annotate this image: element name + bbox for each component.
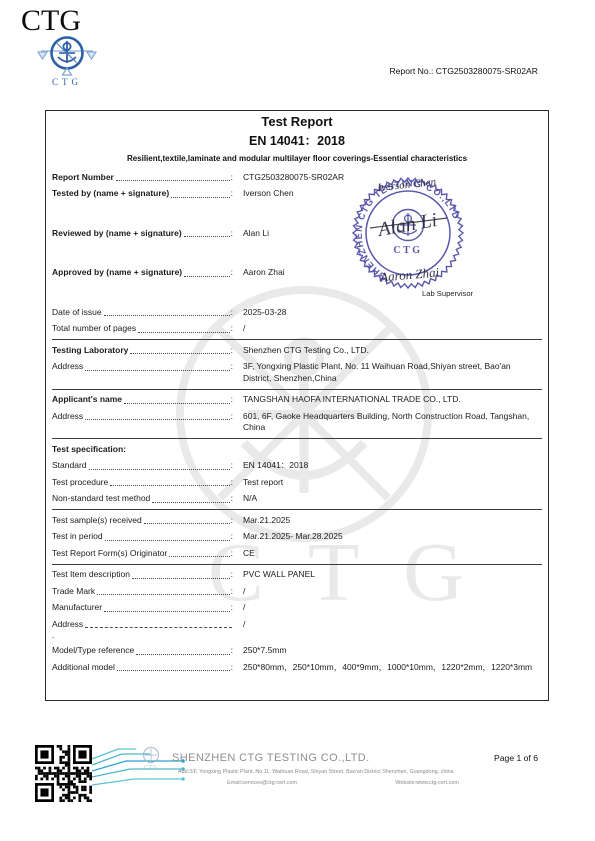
stamp-caption: Lab Supervisor xyxy=(422,289,473,298)
row-label-cell: Date of issue: xyxy=(52,307,233,319)
row-colon: : xyxy=(231,394,233,406)
dotted-leader xyxy=(152,502,229,503)
row-value: N/A xyxy=(243,493,541,505)
report-row: Address:601, 6F, Gaoke Headquarters Buil… xyxy=(52,408,542,436)
dotted-leader xyxy=(89,469,230,470)
row-label-cell: Test Item description: xyxy=(52,569,233,581)
report-row: Standard:EN 14041：2018 xyxy=(52,458,542,475)
dotted-leader xyxy=(124,403,230,404)
report-row: Test sample(s) received:Mar.21.2025 xyxy=(52,512,542,529)
dotted-leader xyxy=(138,332,230,333)
footer-logo-caption: CTG xyxy=(144,765,158,771)
dotted-leader xyxy=(130,353,229,354)
row-value: / xyxy=(243,619,541,631)
report-row: Report Number:CTG2503280075-SR02AR xyxy=(52,169,542,186)
report-row: Address:3F, Yongxing Plastic Plant, No. … xyxy=(52,359,542,387)
row-value: / xyxy=(243,323,541,335)
row-label-cell: Report Number: xyxy=(52,172,233,184)
dotted-leader xyxy=(85,370,229,371)
dotted-leader xyxy=(184,276,230,277)
dotted-leader xyxy=(184,236,230,237)
report-section: Applicant's name:TANGSHAN HAOFA INTERNAT… xyxy=(52,389,542,439)
row-value: PVC WALL PANEL xyxy=(243,569,541,581)
logo-caption: CTG xyxy=(52,77,82,87)
dotted-leader xyxy=(144,523,230,524)
row-label-cell: Standard: xyxy=(52,460,233,472)
row-label-cell: Testing Laboratory: xyxy=(52,345,233,357)
row-label: Test Item description xyxy=(52,569,130,581)
row-value: CE xyxy=(243,548,541,560)
row-label: Manufacturer xyxy=(52,602,102,614)
report-section: Test Item description:PVC WALL PANELTrad… xyxy=(52,564,542,678)
title-block: Test Report EN 14041：2018 Resilient,text… xyxy=(52,111,542,166)
stamp-inner-text: CTG xyxy=(393,245,422,256)
dotted-leader xyxy=(85,627,232,628)
row-label-cell: Model/Type reference: xyxy=(52,645,233,657)
report-row: Manufacturer:/ xyxy=(52,600,542,617)
row-label-cell: Applicant's name: xyxy=(52,394,233,406)
report-row: Approved by (name + signature):Aaron Zha… xyxy=(52,265,542,282)
page-number: Page 1 of 6 xyxy=(494,753,538,763)
qr-code-icon xyxy=(35,745,92,802)
row-colon: : xyxy=(231,345,233,357)
row-label: Date of issue xyxy=(52,307,102,319)
row-colon: : xyxy=(231,267,233,279)
document-page: CTG CTG CTG Report No.: CTG2503280075-SR… xyxy=(0,0,595,841)
footer-contacts: Email:services@ctg-cert.com Website:www.… xyxy=(178,780,508,786)
row-colon: : xyxy=(231,493,233,505)
report-row: Additional model:250*80mm，250*10mm，400*9… xyxy=(52,659,542,676)
standard-title: EN 14041：2018 xyxy=(52,131,542,149)
row-label: Tested by (name + signature) xyxy=(52,188,169,200)
dotted-leader xyxy=(169,556,229,557)
report-row: Test in period:Mar.21.2025- Mar.28.2025 xyxy=(52,529,542,546)
report-section: Report Number:CTG2503280075-SR02ARTested… xyxy=(52,167,542,339)
row-label: Standard xyxy=(52,460,87,472)
signature-approved: Aaron Zhai xyxy=(379,264,441,284)
row-colon: : xyxy=(231,361,233,373)
ctg-logo-icon: CTG xyxy=(36,32,98,88)
row-colon: : xyxy=(231,477,233,489)
row-label-cell: Additional model: xyxy=(52,662,233,674)
row-label-cell: Reviewed by (name + signature): xyxy=(52,228,233,240)
row-label-cell: Test specification: xyxy=(52,444,233,456)
row-colon: : xyxy=(231,411,233,423)
row-value: 250*80mm，250*10mm，400*9mm，1000*10mm，1220… xyxy=(243,662,541,674)
row-value: TANGSHAN HAOFA INTERNATIONAL TRADE CO., … xyxy=(243,394,541,406)
report-row: Reviewed by (name + signature):Alan Li xyxy=(52,225,542,242)
row-label: Address xyxy=(52,619,83,631)
report-row: Address./ xyxy=(52,616,542,643)
row-value: Mar.21.2025 xyxy=(243,515,541,527)
row-label: Non-standard test method xyxy=(52,493,150,505)
row-label: Reviewed by (name + signature) xyxy=(52,228,182,240)
row-label-cell: Address: xyxy=(52,361,233,373)
row-value: 2025-03-28 xyxy=(243,307,541,319)
report-row: Testing Laboratory:Shenzhen CTG Testing … xyxy=(52,342,542,359)
dotted-leader xyxy=(97,594,229,595)
row-value: 250*7.5mm xyxy=(243,645,541,657)
row-label: Total number of pages xyxy=(52,323,136,335)
row-label: Address xyxy=(52,361,83,373)
dotted-leader xyxy=(104,611,230,612)
report-row: Test Item description:PVC WALL PANEL xyxy=(52,567,542,584)
row-label: Address xyxy=(52,411,83,423)
footer-address: Add:3/F, Yongxing Plastic Plant, No.11. … xyxy=(178,769,523,775)
footer-logo-icon: CTG xyxy=(140,746,162,772)
report-box: Test Report EN 14041：2018 Resilient,text… xyxy=(45,110,549,701)
footer: CTG SHENZHEN CTG TESTING CO.,LTD. Add:3/… xyxy=(0,740,595,810)
row-label-cell: Address: xyxy=(52,411,233,423)
row-label: Test sample(s) received xyxy=(52,515,142,527)
footer-company: SHENZHEN CTG TESTING CO.,LTD. xyxy=(172,752,370,764)
row-label-cell: Tested by (name + signature): xyxy=(52,188,233,200)
report-rows: Report Number:CTG2503280075-SR02ARTested… xyxy=(52,167,542,678)
report-row: Test procedure:Test report xyxy=(52,474,542,491)
row-label-cell: Test in period: xyxy=(52,531,233,543)
report-row: Trade Mark:/ xyxy=(52,583,542,600)
row-label-cell: Test sample(s) received: xyxy=(52,515,233,527)
row-label-cell: Manufacturer: xyxy=(52,602,233,614)
row-label: Test in period xyxy=(52,531,103,543)
row-value: / xyxy=(243,586,541,598)
report-row: Total number of pages:/ xyxy=(52,321,542,338)
row-label: Test specification: xyxy=(52,444,126,456)
report-row: Date of issue:2025-03-28 xyxy=(52,304,542,321)
dotted-leader xyxy=(85,419,229,420)
row-colon: : xyxy=(231,228,233,240)
row-label-cell: Test Report Form(s) Originator: xyxy=(52,548,233,560)
row-label-cell: Address. xyxy=(52,619,233,641)
report-subtitle: Resilient,textile,laminate and modular m… xyxy=(52,154,542,166)
footer-email: Email:services@ctg-cert.com xyxy=(227,780,297,786)
row-colon: : xyxy=(231,662,233,674)
report-section: Testing Laboratory:Shenzhen CTG Testing … xyxy=(52,339,542,389)
row-label: Testing Laboratory xyxy=(52,345,128,357)
row-label-cell: Trade Mark: xyxy=(52,586,233,598)
row-label: Trade Mark xyxy=(52,586,95,598)
row-value: Shenzhen CTG Testing Co., LTD. xyxy=(243,345,541,357)
row-label-cell: Non-standard test method: xyxy=(52,493,233,505)
row-label: Applicant's name xyxy=(52,394,122,406)
stamp-seal-icon: SHENZHEN CTG TESTING CO.,LTD CTG Iverson… xyxy=(350,175,466,295)
row-colon: : xyxy=(231,569,233,581)
dotted-leader xyxy=(105,540,230,541)
row-label: Approved by (name + signature) xyxy=(52,267,182,279)
dotted-leader xyxy=(136,654,229,655)
report-section: Test sample(s) received:Mar.21.2025Test … xyxy=(52,509,542,564)
row-value: 601, 6F, Gaoke Headquarters Building, No… xyxy=(243,411,541,434)
row-colon: : xyxy=(231,586,233,598)
report-row: Tested by (name + signature):Iverson Che… xyxy=(52,186,542,203)
footer-website: Website:www.ctg-cert.com xyxy=(395,780,458,786)
row-value: Test report xyxy=(243,477,541,489)
row-colon: : xyxy=(231,172,233,184)
report-row: Model/Type reference:250*7.5mm xyxy=(52,643,542,660)
row-colon: : xyxy=(231,323,233,335)
page-title: Test Report xyxy=(52,114,542,129)
report-section: Test specification:Standard:EN 14041：201… xyxy=(52,438,542,509)
report-row: Non-standard test method:N/A xyxy=(52,491,542,508)
row-label: Additional model xyxy=(52,662,115,674)
row-colon: : xyxy=(231,188,233,200)
report-row: Test Report Form(s) Originator:CE xyxy=(52,545,542,562)
row-label-cell: Test procedure: xyxy=(52,477,233,489)
row-colon: : xyxy=(231,548,233,560)
report-row: Test specification: xyxy=(52,441,542,458)
dotted-leader xyxy=(171,197,229,198)
row-label-cell: Total number of pages: xyxy=(52,323,233,335)
row-colon: : xyxy=(231,602,233,614)
row-label: Test Report Form(s) Originator xyxy=(52,548,167,560)
row-value: Mar.21.2025- Mar.28.2025 xyxy=(243,531,541,543)
report-row: Applicant's name:TANGSHAN HAOFA INTERNAT… xyxy=(52,392,542,409)
row-value: 3F, Yongxing Plastic Plant, No. 11 Waihu… xyxy=(243,361,541,384)
dotted-leader xyxy=(132,578,230,579)
dotted-leader xyxy=(117,670,230,671)
row-label: Model/Type reference xyxy=(52,645,134,657)
row-note: . xyxy=(52,630,233,640)
dotted-leader xyxy=(116,180,230,181)
dotted-leader xyxy=(110,485,229,486)
row-colon: : xyxy=(231,515,233,527)
signature-reviewed: Alan Li xyxy=(374,209,438,241)
dotted-leader xyxy=(104,315,230,316)
row-colon: : xyxy=(231,531,233,543)
row-label: Report Number xyxy=(52,172,114,184)
row-label-cell: Approved by (name + signature): xyxy=(52,267,233,279)
row-value: EN 14041：2018 xyxy=(243,460,541,472)
row-colon: : xyxy=(231,645,233,657)
row-colon: : xyxy=(231,307,233,319)
report-number-header: Report No.: CTG2503280075-SR02AR xyxy=(389,66,538,76)
row-value: / xyxy=(243,602,541,614)
row-label: Test procedure xyxy=(52,477,108,489)
row-colon: : xyxy=(231,460,233,472)
